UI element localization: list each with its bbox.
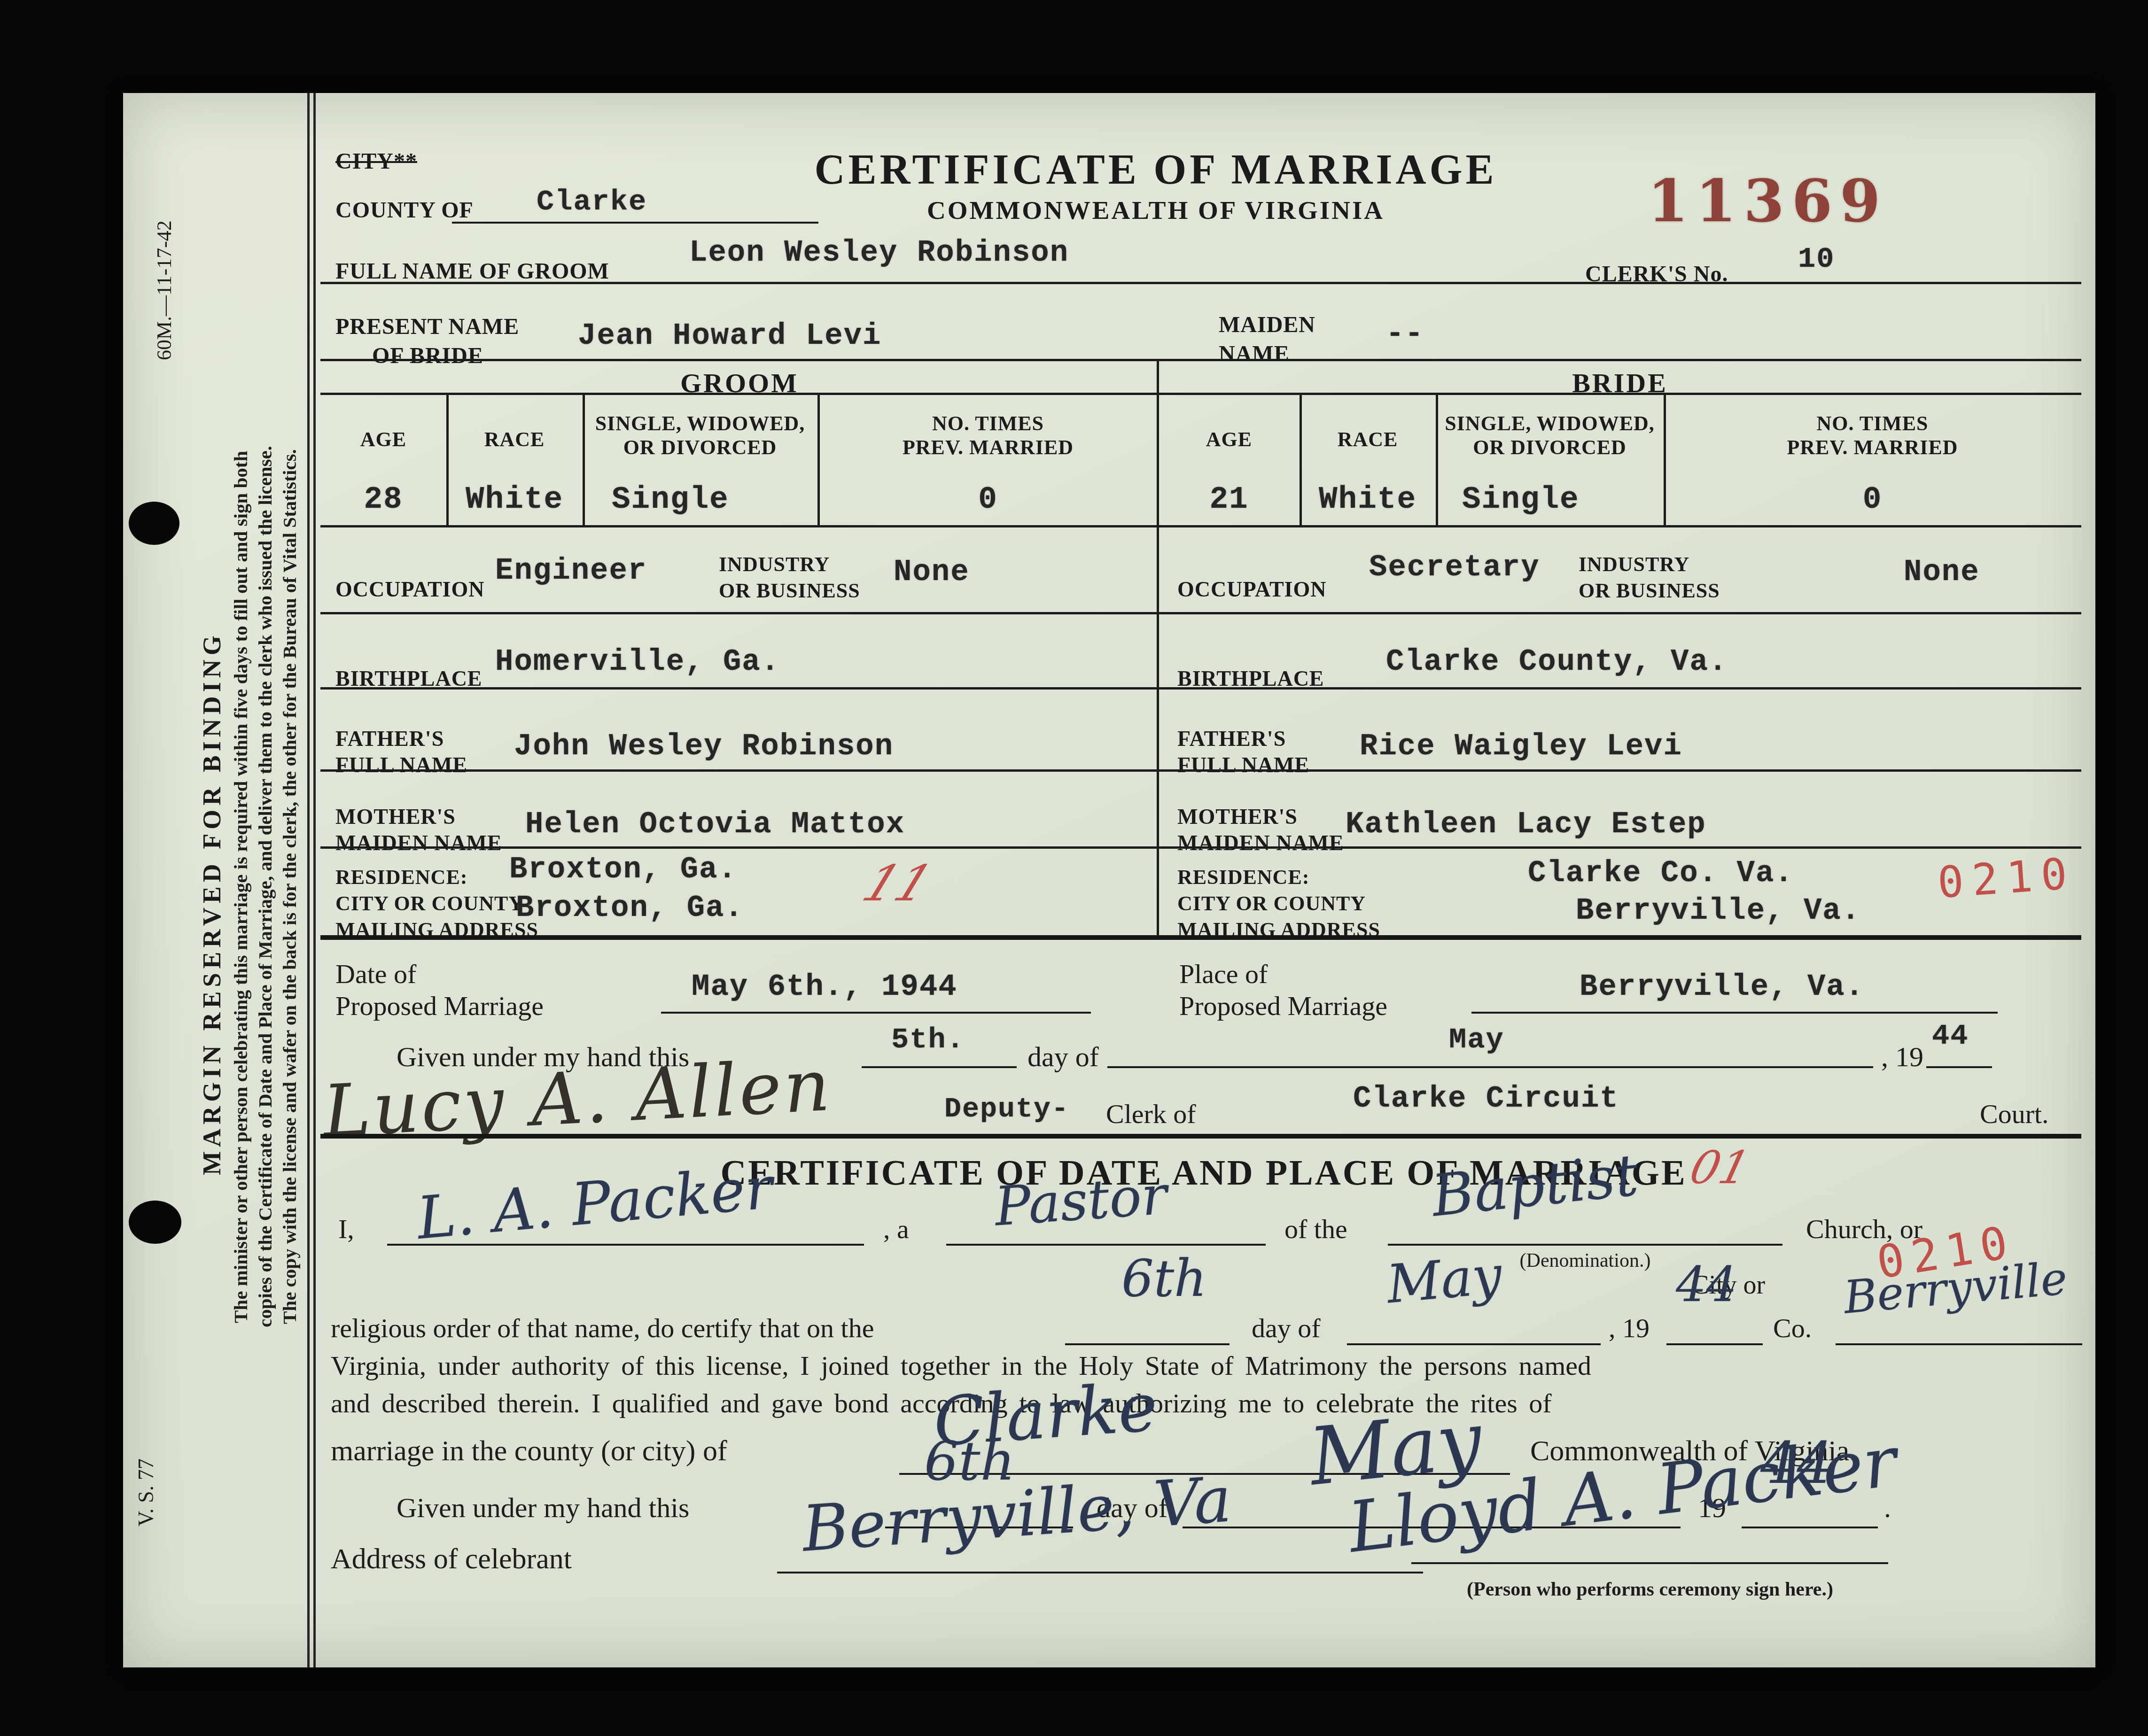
bride-status-value: Single bbox=[1462, 482, 1580, 517]
groom-mailing-value: Broxton, Ga. bbox=[516, 891, 744, 925]
bride-residence-label-line2: CITY OR COUNTY bbox=[1177, 891, 1366, 915]
sign-here-note: (Person who performs ceremony sign here.… bbox=[1392, 1578, 1908, 1601]
rule bbox=[320, 282, 2081, 284]
section-rule bbox=[320, 1134, 2081, 1139]
groom-age-value: 28 bbox=[320, 482, 446, 517]
bride-col-status: SINGLE, WIDOWED, OR DIVORCED bbox=[1436, 411, 1664, 459]
bride-industry-label-line1: INDUSTRY bbox=[1579, 552, 1689, 576]
cert-given-text: Given under my hand this bbox=[397, 1492, 689, 1524]
margin-instructions-line2: copies of the Certificate of Date and Pl… bbox=[253, 187, 277, 1587]
groom-mother-value: Helen Octovia Mattox bbox=[525, 808, 905, 842]
groom-residence-label-line2: CITY OR COUNTY bbox=[335, 891, 524, 915]
cert-month-script: May bbox=[1385, 1245, 1504, 1316]
document-title: CERTIFICATE OF MARRIAGE bbox=[662, 146, 1649, 194]
groom-mother-label-line1: MOTHER'S bbox=[335, 804, 456, 829]
license-given-year: 44 bbox=[1932, 1019, 1969, 1053]
section-rule bbox=[320, 935, 2081, 940]
groom-col-prev-line2: PREV. MARRIED bbox=[817, 435, 1159, 459]
cert-co-label: Co. bbox=[1773, 1312, 1812, 1344]
bride-age-value: 21 bbox=[1159, 482, 1300, 517]
bride-residence-label-line1: RESIDENCE: bbox=[1177, 865, 1309, 889]
bride-prev-value: 0 bbox=[1664, 482, 2081, 517]
underline bbox=[862, 1066, 1017, 1068]
underline bbox=[1107, 1066, 1873, 1068]
court-name-value: Clarke Circuit bbox=[1353, 1082, 1619, 1116]
place-proposed-value: Berryville, Va. bbox=[1580, 970, 1864, 1004]
form-code: V. S. 77 bbox=[133, 1418, 158, 1568]
cert-year-prefix: , 19 bbox=[1609, 1312, 1650, 1344]
margin-instructions-line1: The minister or other person celebrating… bbox=[228, 187, 253, 1587]
bride-race-value: White bbox=[1300, 482, 1436, 517]
print-code: 60M.—11-17-42 bbox=[152, 149, 176, 431]
underline bbox=[1471, 1012, 1998, 1014]
bride-mother-label-line1: MOTHER'S bbox=[1177, 804, 1298, 829]
margin-binding-label: MARGIN RESERVED FOR BINDING bbox=[197, 605, 226, 1201]
cert-i-label: I, bbox=[338, 1213, 354, 1245]
bride-father-label-line2: FULL NAME bbox=[1177, 752, 1309, 777]
underline bbox=[777, 1572, 1423, 1573]
certificate-paper: 60M.—11-17-42 MARGIN RESERVED FOR BINDIN… bbox=[123, 93, 2095, 1667]
bride-col-prev: NO. TIMES PREV. MARRIED bbox=[1664, 411, 2081, 459]
date-proposed-label-line1: Date of bbox=[335, 958, 416, 990]
rule bbox=[320, 769, 2081, 772]
groom-col-status-line2: OR DIVORCED bbox=[583, 435, 817, 459]
groom-col-prev-line1: NO. TIMES bbox=[817, 411, 1159, 435]
serial-number-stamp: 11369 bbox=[1648, 167, 1888, 235]
maiden-name-label-line1: MAIDEN bbox=[1219, 312, 1315, 338]
cert-year-script: 44 bbox=[1676, 1257, 1737, 1313]
bride-name-value: Jean Howard Levi bbox=[578, 319, 882, 353]
bride-father-value: Rice Waigley Levi bbox=[1360, 730, 1682, 764]
bride-red-stamp: 0210 bbox=[1936, 848, 2077, 908]
rule bbox=[320, 846, 2081, 849]
groom-col-prev: NO. TIMES PREV. MARRIED bbox=[817, 411, 1159, 459]
groom-residence-label-line1: RESIDENCE: bbox=[335, 865, 467, 889]
bride-name-label-line1: PRESENT NAME bbox=[335, 314, 519, 340]
bride-col-status-line1: SINGLE, WIDOWED, bbox=[1436, 411, 1664, 435]
underline bbox=[1347, 1343, 1601, 1345]
cert-of-the-label: of the bbox=[1284, 1213, 1347, 1245]
groom-col-status: SINGLE, WIDOWED, OR DIVORCED bbox=[583, 411, 817, 459]
groom-father-label-line1: FATHER'S bbox=[335, 726, 444, 751]
underline bbox=[1388, 1244, 1782, 1246]
bride-birthplace-value: Clarke County, Va. bbox=[1386, 645, 1728, 679]
groom-industry-label-line2: OR BUSINESS bbox=[719, 579, 860, 603]
bride-col-prev-line2: PREV. MARRIED bbox=[1664, 435, 2081, 459]
county-value: Clarke bbox=[537, 185, 647, 218]
groom-col-race: RACE bbox=[446, 427, 583, 451]
scan-background: 60M.—11-17-42 MARGIN RESERVED FOR BINDIN… bbox=[0, 0, 2148, 1736]
bride-industry-value: None bbox=[1904, 556, 1980, 589]
date-proposed-value: May 6th., 1944 bbox=[692, 970, 957, 1004]
bride-residence-value: Clarke Co. Va. bbox=[1528, 857, 1794, 891]
place-proposed-label-line1: Place of bbox=[1179, 958, 1268, 990]
bride-father-label-line1: FATHER'S bbox=[1177, 726, 1286, 751]
groom-occupation-value: Engineer bbox=[495, 554, 647, 588]
bride-mailing-value: Berryville, Va. bbox=[1576, 894, 1860, 928]
bride-name-label-line2: OF BRIDE bbox=[372, 343, 483, 369]
maiden-name-value: -- bbox=[1386, 318, 1424, 351]
cert-day-script: 6th bbox=[1121, 1249, 1207, 1308]
bride-occupation-value: Secretary bbox=[1369, 551, 1540, 585]
underline bbox=[1666, 1343, 1763, 1345]
groom-father-value: John Wesley Robinson bbox=[514, 730, 894, 764]
date-proposed-label-line2: Proposed Marriage bbox=[335, 990, 544, 1022]
bride-industry-label-line2: OR BUSINESS bbox=[1579, 579, 1720, 603]
court-label: Court. bbox=[1980, 1098, 2049, 1130]
underline bbox=[1411, 1562, 1888, 1564]
groom-industry-value: None bbox=[894, 556, 970, 589]
underline bbox=[387, 1244, 864, 1246]
groom-col-status-line1: SINGLE, WIDOWED, bbox=[583, 411, 817, 435]
clerk-of-label: Clerk of bbox=[1106, 1098, 1196, 1130]
rule bbox=[320, 525, 2081, 527]
cert-body-line1: Virginia, under authority of this licens… bbox=[331, 1350, 1591, 1381]
groom-mother-label-line2: MAIDEN NAME bbox=[335, 830, 502, 855]
underline bbox=[661, 1012, 1091, 1014]
margin-instructions-line3: The copy with the license and wafer on t… bbox=[277, 187, 302, 1587]
groom-father-label-line2: FULL NAME bbox=[335, 752, 467, 777]
groom-name-value: Leon Wesley Robinson bbox=[689, 236, 1069, 270]
license-given-day: 5th. bbox=[891, 1023, 965, 1056]
cert-county-line: marriage in the county (or city) of bbox=[331, 1434, 727, 1468]
groom-status-value: Single bbox=[612, 482, 729, 517]
bride-col-status-line2: OR DIVORCED bbox=[1436, 435, 1664, 459]
document-subtitle: COMMONWEALTH OF VIRGINIA bbox=[662, 195, 1649, 225]
minister-role-script: Pastor bbox=[993, 1163, 1169, 1238]
underline bbox=[1065, 1343, 1230, 1345]
celebrant-address-script: Berryville, Va bbox=[800, 1463, 1234, 1565]
punch-hole-bottom bbox=[129, 1201, 181, 1244]
address-of-celebrant-label: Address of celebrant bbox=[331, 1542, 572, 1576]
city-label: CITY** bbox=[335, 148, 417, 174]
groom-birthplace-value: Homerville, Ga. bbox=[495, 645, 780, 679]
rule bbox=[320, 687, 2081, 690]
margin-instructions: The minister or other person celebrating… bbox=[228, 187, 302, 1587]
license-day-of-label: day of bbox=[1027, 1041, 1099, 1073]
clerks-no-value: 10 bbox=[1798, 242, 1835, 276]
cert-co-script: Berryville bbox=[1842, 1252, 2069, 1324]
county-label: COUNTY OF bbox=[335, 197, 474, 223]
bride-col-race: RACE bbox=[1300, 427, 1436, 451]
deputy-label: Deputy- bbox=[944, 1093, 1069, 1125]
underline bbox=[1742, 1527, 1878, 1528]
underline bbox=[1926, 1066, 1992, 1068]
cert-certify-line: religious order of that name, do certify… bbox=[331, 1312, 874, 1344]
bride-mother-value: Kathleen Lacy Estep bbox=[1346, 808, 1706, 842]
bride-col-prev-line1: NO. TIMES bbox=[1664, 411, 2081, 435]
column-divider bbox=[1436, 393, 1438, 525]
punch-hole-top bbox=[129, 502, 179, 545]
groom-red-tally-mark: 11 bbox=[855, 855, 941, 912]
cert-day-of-label: day of bbox=[1252, 1312, 1321, 1344]
rule bbox=[320, 612, 2081, 614]
groom-industry-label-line1: INDUSTRY bbox=[719, 552, 830, 576]
place-proposed-label-line2: Proposed Marriage bbox=[1179, 990, 1387, 1022]
rule bbox=[320, 359, 2081, 361]
binding-divider bbox=[307, 93, 316, 1667]
groom-occupation-label: OCCUPATION bbox=[335, 577, 485, 602]
bride-col-age: AGE bbox=[1159, 427, 1300, 451]
groom-name-label: FULL NAME OF GROOM bbox=[335, 258, 609, 284]
groom-race-value: White bbox=[446, 482, 583, 517]
maiden-name-label-line2: NAME bbox=[1219, 341, 1290, 367]
minister-signature: L. A. Packer bbox=[414, 1154, 775, 1253]
license-year-prefix: , 19 bbox=[1881, 1041, 1923, 1073]
underline bbox=[946, 1244, 1266, 1246]
bride-occupation-label: OCCUPATION bbox=[1177, 577, 1327, 602]
column-divider bbox=[583, 393, 585, 525]
cert-a-label: , a bbox=[883, 1213, 909, 1245]
license-given-month: May bbox=[1449, 1023, 1504, 1056]
groom-prev-value: 0 bbox=[817, 482, 1159, 517]
groom-col-age: AGE bbox=[320, 427, 446, 451]
groom-residence-value: Broxton, Ga. bbox=[509, 853, 737, 887]
underline bbox=[1836, 1343, 2082, 1345]
bride-mother-label-line2: MAIDEN NAME bbox=[1177, 830, 1344, 855]
